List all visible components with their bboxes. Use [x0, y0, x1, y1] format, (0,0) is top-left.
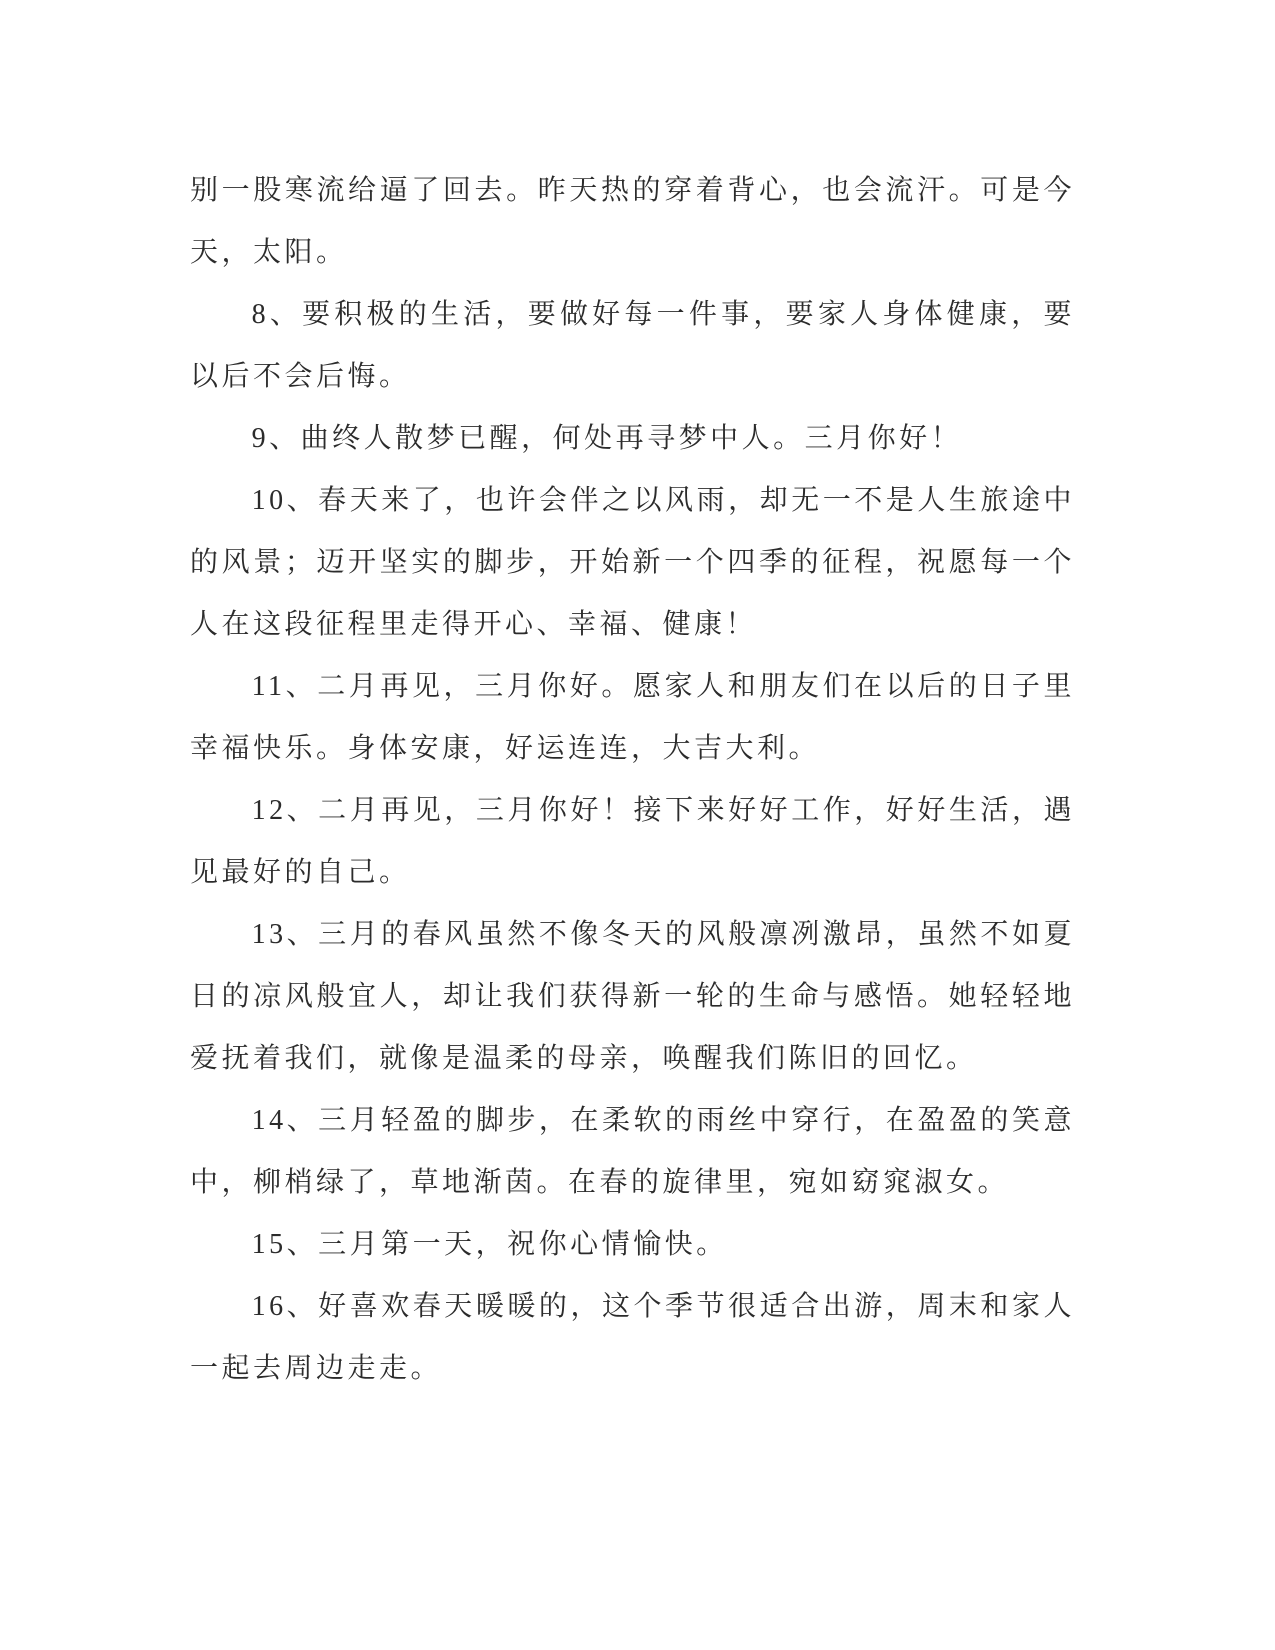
paragraph: 14、三月轻盈的脚步，在柔软的雨丝中穿行，在盈盈的笑意中，柳梢绿了，草地渐茵。在…	[190, 1090, 1075, 1214]
document-body: 别一股寒流给逼了回去。昨天热的穿着背心，也会流汗。可是今天，太阳。8、要积极的生…	[190, 160, 1075, 1400]
paragraph: 13、三月的春风虽然不像冬天的风般凛冽激昂，虽然不如夏日的凉风般宜人，却让我们获…	[190, 904, 1075, 1090]
paragraph: 16、好喜欢春天暖暖的，这个季节很适合出游，周末和家人一起去周边走走。	[190, 1276, 1075, 1400]
document-page: 别一股寒流给逼了回去。昨天热的穿着背心，也会流汗。可是今天，太阳。8、要积极的生…	[0, 0, 1275, 1650]
paragraph: 8、要积极的生活，要做好每一件事，要家人身体健康，要以后不会后悔。	[190, 284, 1075, 408]
paragraph: 别一股寒流给逼了回去。昨天热的穿着背心，也会流汗。可是今天，太阳。	[190, 160, 1075, 284]
paragraph: 9、曲终人散梦已醒，何处再寻梦中人。三月你好！	[190, 408, 1075, 470]
paragraph: 11、二月再见，三月你好。愿家人和朋友们在以后的日子里幸福快乐。身体安康，好运连…	[190, 656, 1075, 780]
paragraph: 12、二月再见，三月你好！接下来好好工作，好好生活，遇见最好的自己。	[190, 780, 1075, 904]
paragraph: 15、三月第一天，祝你心情愉快。	[190, 1214, 1075, 1276]
paragraph: 10、春天来了，也许会伴之以风雨，却无一不是人生旅途中的风景；迈开坚实的脚步，开…	[190, 470, 1075, 656]
